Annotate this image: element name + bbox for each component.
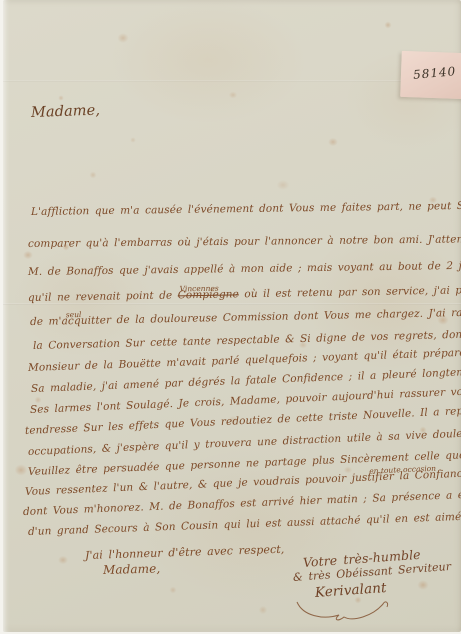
correction: la Confianceen toute occasion: [399, 467, 461, 482]
signature-flourish: [295, 598, 391, 622]
body-line: de m'acquitterseul de la douloureuse Com…: [30, 306, 461, 328]
body-line: L'affliction que m'a causée l'événement …: [31, 200, 461, 218]
closing-line-1: J'ai l'honneur d'être avec respect,: [85, 543, 285, 562]
correction: CompiegneVincennes: [178, 288, 239, 301]
fold-crease: [3, 303, 461, 305]
archival-label: 58140: [400, 51, 461, 99]
inserted-word: Vincennes: [180, 284, 219, 294]
body-text: où il est retenu par son service, j'ai p…: [239, 283, 461, 300]
inserted-word: seul: [66, 310, 82, 319]
body-line: qu'il ne revenait point de CompiegneVinc…: [28, 283, 461, 304]
closing-line-2: Madame,: [103, 562, 161, 577]
archival-number: 58140: [413, 64, 457, 82]
letter-paper: 58140 Madame, L'affliction que m'a causé…: [3, 0, 461, 632]
body-line: M. de Bonaffos que j'avais appellé à mon…: [28, 260, 461, 278]
fold-crease: [3, 80, 461, 82]
correction: de m'acquitterseul: [30, 314, 111, 328]
body-text: de la douloureuse Commission dont Vous m…: [111, 306, 461, 326]
body-text: qu'il ne revenait point de: [28, 289, 178, 304]
salutation: Madame,: [31, 103, 101, 121]
body-line: comparer qu'à l'embarras où j'étais pour…: [28, 233, 461, 250]
